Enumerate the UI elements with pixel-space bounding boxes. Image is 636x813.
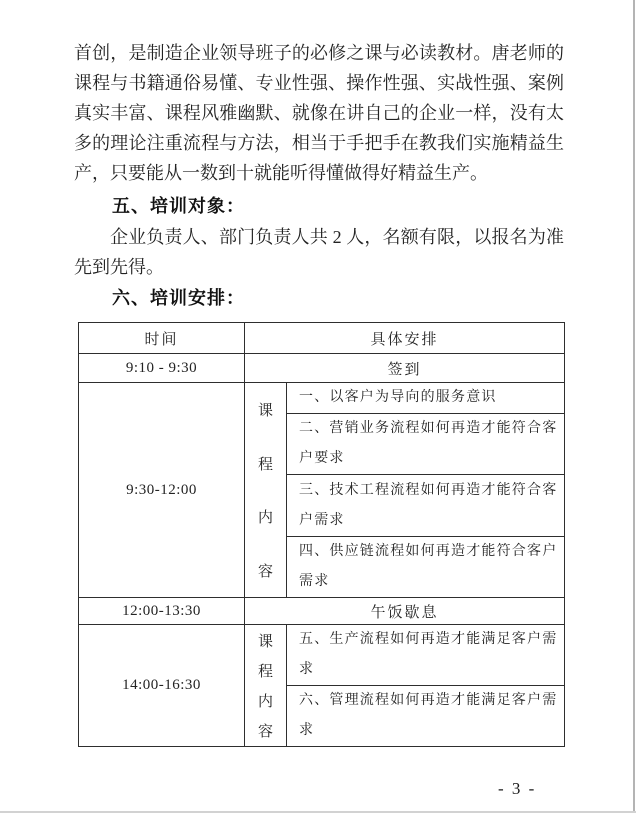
morning-course-label-cell: 课 程 内 容 — [245, 383, 287, 598]
page-number: - 3 - — [498, 779, 536, 799]
table-header-row: 时间 具体安排 — [79, 323, 565, 354]
course-label-char: 课 — [258, 399, 273, 420]
signin-activity-cell: 签到 — [245, 354, 565, 383]
course-item: 一、以客户为导向的服务意识 — [287, 383, 565, 414]
course-label-char: 容 — [258, 560, 273, 581]
afternoon-item-row: 14:00-16:30 课 程 内 容 五、生产流程如何再造才能满足客户需求 — [79, 625, 565, 686]
course-label-char: 容 — [258, 720, 273, 741]
course-item: 四、供应链流程如何再造才能符合客户需求 — [287, 537, 565, 598]
schedule-table: 时间 具体安排 9:10 - 9:30 签到 9:30-12:00 课 程 内 … — [78, 322, 565, 747]
course-label-char: 程 — [258, 453, 273, 474]
course-item: 六、管理流程如何再造才能满足客户需求 — [287, 686, 565, 747]
course-content-vertical-label: 课 程 内 容 — [245, 383, 286, 597]
afternoon-course-label-cell: 课 程 内 容 — [245, 625, 287, 747]
page-right-edge — [633, 0, 635, 813]
document-page: 首创，是制造企业领导班子的必修之课与必读教材。唐老师的课程与书籍通俗易懂、专业性… — [0, 0, 636, 813]
morning-time-cell: 9:30-12:00 — [79, 383, 245, 598]
lunch-row: 12:00-13:30 午饭歇息 — [79, 598, 565, 625]
morning-item-row: 9:30-12:00 课 程 内 容 一、以客户为导向的服务意识 — [79, 383, 565, 414]
section6-heading: 六、培训安排： — [74, 283, 564, 313]
col-header-time: 时间 — [79, 323, 245, 354]
afternoon-time-cell: 14:00-16:30 — [79, 625, 245, 747]
section5-heading: 五、培训对象： — [74, 191, 564, 221]
course-item: 二、营销业务流程如何再造才能符合客户要求 — [287, 414, 565, 475]
col-header-detail: 具体安排 — [245, 323, 565, 354]
course-content-vertical-label: 课 程 内 容 — [245, 625, 286, 746]
lunch-time-cell: 12:00-13:30 — [79, 598, 245, 625]
course-label-char: 内 — [258, 506, 273, 527]
course-label-char: 课 — [258, 630, 273, 651]
course-label-char: 内 — [258, 690, 273, 711]
course-item: 五、生产流程如何再造才能满足客户需求 — [287, 625, 565, 686]
intro-paragraph: 首创，是制造企业领导班子的必修之课与必读教材。唐老师的课程与书籍通俗易懂、专业性… — [74, 38, 564, 188]
signin-row: 9:10 - 9:30 签到 — [79, 354, 565, 383]
course-label-char: 程 — [258, 660, 273, 681]
signin-time-cell: 9:10 - 9:30 — [79, 354, 245, 383]
lunch-activity-cell: 午饭歇息 — [245, 598, 565, 625]
course-item: 三、技术工程流程如何再造才能符合客户需求 — [287, 475, 565, 537]
section5-body: 企业负责人、部门负责人共 2 人，名额有限，以报名为准先到先得。 — [74, 222, 564, 282]
